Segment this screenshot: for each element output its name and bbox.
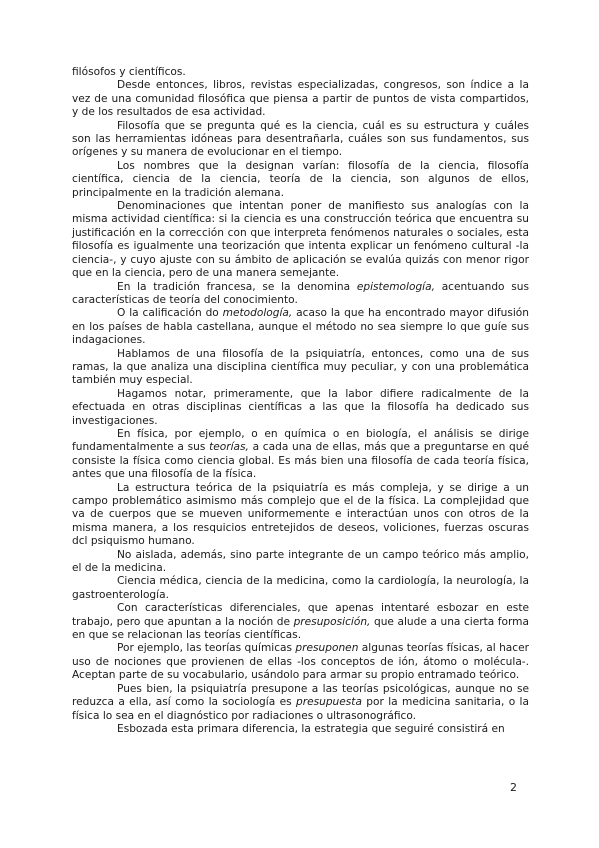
paragraph: filósofos y científicos.	[72, 66, 529, 79]
paragraph-text: Esbozada esta primara diferencia, la est…	[117, 723, 505, 735]
paragraph-text: Hagamos notar, primeramente, que la labo…	[72, 388, 529, 427]
paragraph-text: Denominaciones que intentan poner de man…	[72, 200, 529, 279]
paragraph: Filosofía que se pregunta qué es la cien…	[72, 120, 529, 160]
page-number: 2	[510, 781, 517, 794]
emphasized-term: presuposición,	[294, 616, 371, 628]
paragraph: Desde entonces, libros, revistas especia…	[72, 79, 529, 119]
paragraph-text: Desde entonces, libros, revistas especia…	[72, 79, 529, 118]
paragraph: No aislada, además, sino parte integrant…	[72, 549, 529, 576]
paragraph: Ciencia médica, ciencia de la medicina, …	[72, 575, 529, 602]
emphasized-term: metodología,	[223, 307, 293, 319]
paragraph-text: Ciencia médica, ciencia de la medicina, …	[72, 575, 529, 600]
paragraph-text: O la calificación do	[117, 307, 223, 319]
paragraph: Los nombres que la designan varían: filo…	[72, 160, 529, 200]
paragraph-text: filósofos y científicos.	[72, 66, 186, 78]
paragraph-text: La estructura teórica de la psiquiatría …	[72, 482, 529, 548]
paragraph: Con características diferenciales, que a…	[72, 602, 529, 642]
paragraph-text: Los nombres que la designan varían: filo…	[72, 160, 529, 199]
paragraph: La estructura teórica de la psiquiatría …	[72, 482, 529, 549]
paragraph: Esbozada esta primara diferencia, la est…	[72, 723, 529, 736]
paragraph-text: No aislada, además, sino parte integrant…	[72, 549, 529, 574]
paragraph: Por ejemplo, las teorías químicas presup…	[72, 642, 529, 682]
emphasized-term: presupuesta	[296, 696, 362, 708]
document-body: filósofos y científicos.Desde entonces, …	[72, 66, 529, 736]
paragraph: Hablamos de una filosofía de la psiquiat…	[72, 348, 529, 388]
paragraph: Pues bien, la psiquiatría presupone a la…	[72, 683, 529, 723]
emphasized-term: presuponen	[295, 642, 358, 654]
emphasized-term: teorías,	[209, 441, 249, 453]
paragraph: O la calificación do metodología, acaso …	[72, 307, 529, 347]
emphasized-term: epistemología,	[357, 281, 435, 293]
paragraph-text: Por ejemplo, las teorías químicas	[117, 642, 295, 654]
paragraph-text: Filosofía que se pregunta qué es la cien…	[72, 120, 529, 159]
paragraph-text: En la tradición francesa, se la denomina	[117, 281, 357, 293]
paragraph: Hagamos notar, primeramente, que la labo…	[72, 388, 529, 428]
paragraph-text: Hablamos de una filosofía de la psiquiat…	[72, 348, 529, 387]
paragraph: Denominaciones que intentan poner de man…	[72, 200, 529, 280]
paragraph: En la tradición francesa, se la denomina…	[72, 281, 529, 308]
paragraph: En física, por ejemplo, o en química o e…	[72, 428, 529, 482]
